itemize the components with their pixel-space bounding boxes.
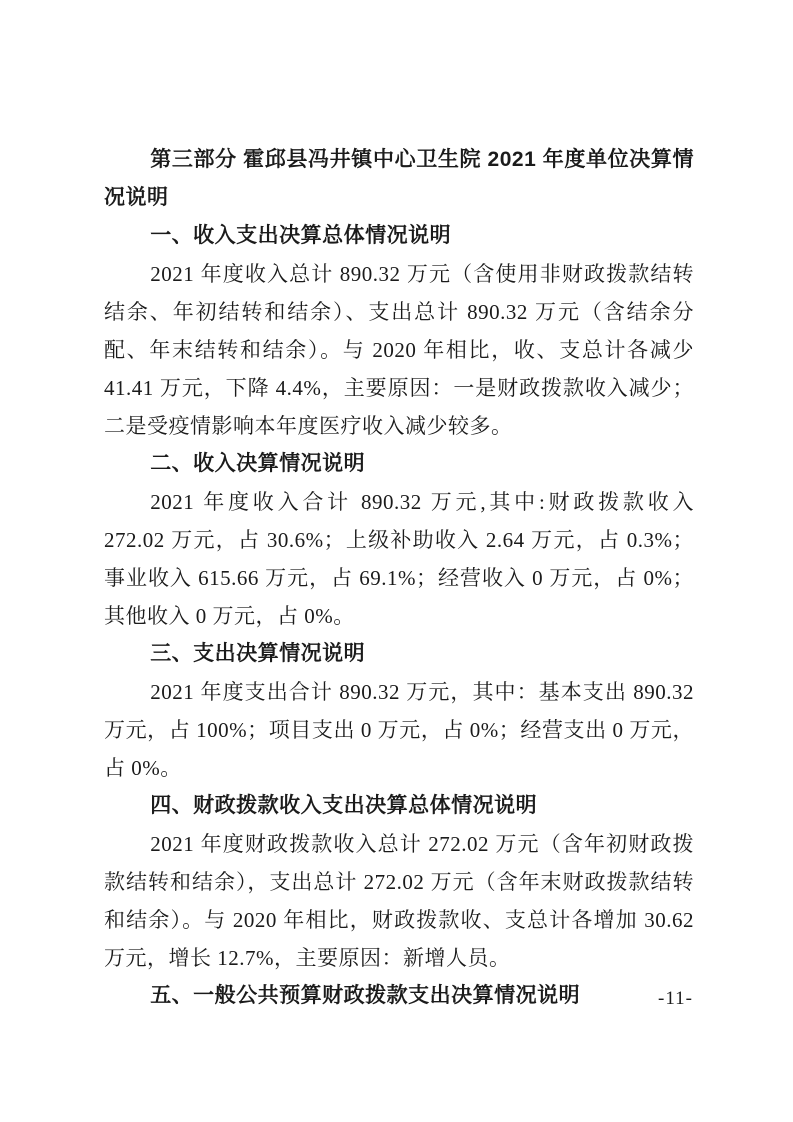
document-content: 第三部分 霍邱县冯井镇中心卫生院 2021 年度单位决算情况说明 一、收入支出决…	[104, 141, 694, 1015]
para-income-details: 2021 年度收入合计 890.32 万元,其中:财政拨款收入 272.02 万…	[104, 483, 694, 635]
heading-fiscal-appropriation-overview: 四、财政拨款收入支出决算总体情况说明	[104, 787, 694, 825]
section-expense-details: 三、支出决算情况说明 2021 年度支出合计 890.32 万元，其中：基本支出…	[104, 635, 694, 787]
heading-income-details: 二、收入决算情况说明	[104, 445, 694, 483]
section-public-budget-expense: 五、一般公共预算财政拨款支出决算情况说明	[104, 977, 694, 1015]
heading-public-budget-expense: 五、一般公共预算财政拨款支出决算情况说明	[104, 977, 694, 1015]
para-expense-details: 2021 年度支出合计 890.32 万元，其中：基本支出 890.32 万元，…	[104, 673, 694, 787]
para-income-expense-overview: 2021 年度收入总计 890.32 万元（含使用非财政拨款结转结余、年初结转和…	[104, 255, 694, 445]
section-fiscal-appropriation-overview: 四、财政拨款收入支出决算总体情况说明 2021 年度财政拨款收入总计 272.0…	[104, 787, 694, 977]
heading-income-expense-overview: 一、收入支出决算总体情况说明	[104, 217, 694, 255]
document-page: 第三部分 霍邱县冯井镇中心卫生院 2021 年度单位决算情况说明 一、收入支出决…	[0, 0, 793, 1122]
page-number: -11-	[658, 985, 693, 1013]
document-title: 第三部分 霍邱县冯井镇中心卫生院 2021 年度单位决算情况说明	[104, 141, 694, 217]
heading-expense-details: 三、支出决算情况说明	[104, 635, 694, 673]
para-fiscal-appropriation-overview: 2021 年度财政拨款收入总计 272.02 万元（含年初财政拨款结转和结余），…	[104, 825, 694, 977]
section-income-expense-overview: 一、收入支出决算总体情况说明 2021 年度收入总计 890.32 万元（含使用…	[104, 217, 694, 445]
section-income-details: 二、收入决算情况说明 2021 年度收入合计 890.32 万元,其中:财政拨款…	[104, 445, 694, 635]
